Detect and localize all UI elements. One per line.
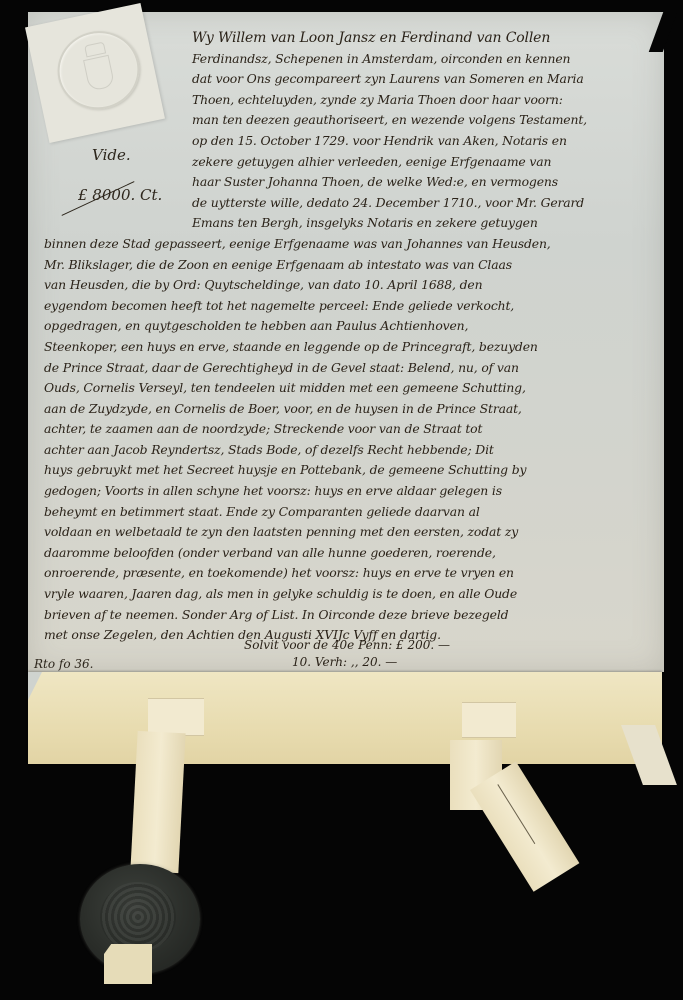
- text-line: opgedragen, en quytgescholden te hebben …: [44, 316, 659, 337]
- parchment-fold-plica: [28, 672, 662, 764]
- seal-tag-right-folded: [470, 761, 579, 891]
- wax-seal-tag-end: [104, 944, 152, 984]
- text-line: Steenkoper, een huys en erve, staande en…: [44, 337, 659, 358]
- text-line: gedogen; Voorts in allen schyne het voor…: [44, 481, 659, 502]
- text-line: vryle waaren, Jaaren dag, als men in gel…: [44, 584, 659, 605]
- payment-note: Solvit voor de 40e Penn: £ 200. —: [244, 637, 450, 654]
- text-line: Mr. Blikslager, die de Zoon en eenige Er…: [44, 255, 659, 276]
- text-line: daaromme beloofden (onder verband van al…: [44, 543, 659, 564]
- text-line: achter, te zaamen aan de noordzyde; Stre…: [44, 419, 659, 440]
- text-line: eygendom becomen heeft tot het nagemelte…: [44, 296, 659, 317]
- text-line: Thoen, echteluyden, zynde zy Maria Thoen…: [44, 90, 659, 111]
- text-line: binnen deze Stad gepasseert, eenige Erfg…: [44, 234, 659, 255]
- text-line: Ferdinandsz, Schepenen in Amsterdam, oir…: [44, 49, 659, 70]
- text-line: voldaan en welbetaald te zyn den laatste…: [44, 522, 659, 543]
- deed-text: Wy Willem van Loon Jansz en Ferdinand va…: [44, 28, 659, 646]
- seal-tag-left: [130, 731, 185, 873]
- payment-notes: Solvit voor de 40e Penn: £ 200. — 10. Ve…: [244, 637, 450, 671]
- text-line: zekere getuygen alhier verleeden, eenige…: [44, 152, 659, 173]
- tag-slot-right: [462, 702, 516, 738]
- text-line: van Heusden, die by Ord: Quytscheldinge,…: [44, 275, 659, 296]
- text-line: de Prince Straat, daar de Gerechtigheyd …: [44, 358, 659, 379]
- text-line: op den 15. October 1729. voor Hendrik va…: [44, 131, 659, 152]
- text-line: Ouds, Cornelis Verseyl, ten tendeelen ui…: [44, 378, 659, 399]
- text-line: man ten deezen geauthoriseert, en wezend…: [44, 110, 659, 131]
- text-line: Emans ten Bergh, insgelyks Notaris en ze…: [44, 213, 659, 234]
- text-line: huys gebruykt met het Secreet huysje en …: [44, 460, 659, 481]
- text-line: beheymt en betimmert staat. Ende zy Comp…: [44, 502, 659, 523]
- text-line: onroerende, præsente, en toekomende) het…: [44, 563, 659, 584]
- text-line: haar Suster Johanna Thoen, de welke Wed:…: [44, 172, 659, 193]
- text-line: dat voor Ons gecompareert zyn Laurens va…: [44, 69, 659, 90]
- text-line: achter aan Jacob Reyndertsz, Stads Bode,…: [44, 440, 659, 461]
- payment-note: 10. Verh: ,, 20. —: [244, 654, 450, 671]
- text-line: aan de Zuydzyde, en Cornelis de Boer, vo…: [44, 399, 659, 420]
- tag-slot-left: [148, 698, 204, 736]
- text-line: brieven af te neemen. Sonder Arg of List…: [44, 605, 659, 626]
- fold-corner: [28, 672, 42, 700]
- text-line: de uytterste wille, dedato 24. December …: [44, 193, 659, 214]
- text-line: Wy Willem van Loon Jansz en Ferdinand va…: [44, 28, 659, 49]
- margin-note-registry: Rto fo 36.: [34, 657, 93, 671]
